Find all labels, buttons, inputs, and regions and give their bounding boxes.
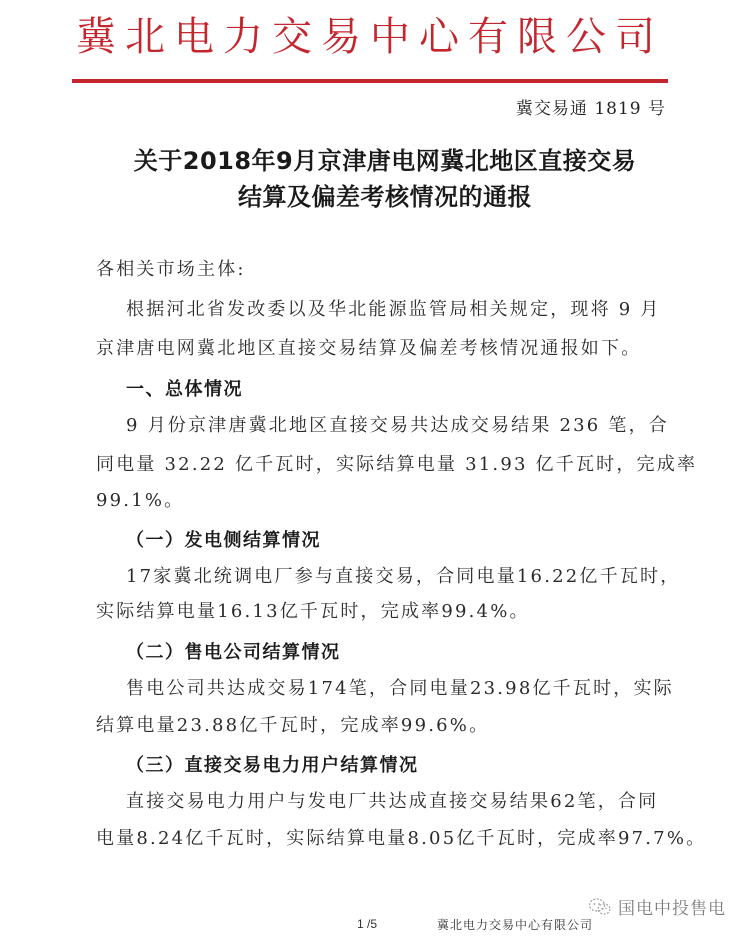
retail-line-1: 售电公司共达成交易174笔，合同电量23.98亿千瓦时，实际 <box>126 677 726 701</box>
document-title-line-2: 结算及偏差考核情况的通报 <box>60 177 710 212</box>
users-line-2: 电量8.24亿千瓦时，实际结算电量8.05亿千瓦时，完成率97.7%。 <box>96 827 696 851</box>
document-title-line-1: 关于2018年9月京津唐电网冀北地区直接交易 <box>60 141 710 176</box>
watermark: 国电中投售电 <box>588 894 726 919</box>
intro-line-1: 根据河北省发改委以及华北能源监管局相关规定，现将 9 月 <box>126 298 726 322</box>
subsection-heading-generation: （一）发电侧结算情况 <box>126 526 321 552</box>
watermark-text: 国电中投售电 <box>618 894 726 919</box>
page-number: 1 /5 <box>357 917 377 931</box>
overview-line-3: 99.1%。 <box>96 489 696 513</box>
wechat-icon <box>588 897 612 917</box>
subsection-heading-users: （三）直接交易电力用户结算情况 <box>126 751 419 777</box>
subsection-heading-retail: （二）售电公司结算情况 <box>126 638 341 664</box>
intro-line-2: 京津唐电网冀北地区直接交易结算及偏差考核情况通报如下。 <box>96 337 696 361</box>
header-divider <box>72 79 668 83</box>
document-number: 冀交易通 1819 号 <box>516 94 666 119</box>
generation-line-1: 17家冀北统调电厂参与直接交易，合同电量16.22亿千瓦时， <box>126 565 726 589</box>
overview-line-1: 9 月份京津唐冀北地区直接交易共达成交易结果 236 笔，合 <box>126 414 726 438</box>
overview-line-2: 同电量 32.22 亿千瓦时，实际结算电量 31.93 亿千瓦时，完成率 <box>96 453 696 477</box>
organization-header: 冀北电力交易中心有限公司 <box>70 12 670 62</box>
section-heading-overview: 一、总体情况 <box>126 375 243 401</box>
footer-organization: 冀北电力交易中心有限公司 <box>437 916 593 933</box>
retail-line-2: 结算电量23.88亿千瓦时，完成率99.6%。 <box>96 714 696 738</box>
users-line-1: 直接交易电力用户与发电厂共达成直接交易结果62笔，合同 <box>126 790 726 814</box>
salutation: 各相关市场主体: <box>96 258 696 282</box>
generation-line-2: 实际结算电量16.13亿千瓦时，完成率99.4%。 <box>96 600 696 624</box>
